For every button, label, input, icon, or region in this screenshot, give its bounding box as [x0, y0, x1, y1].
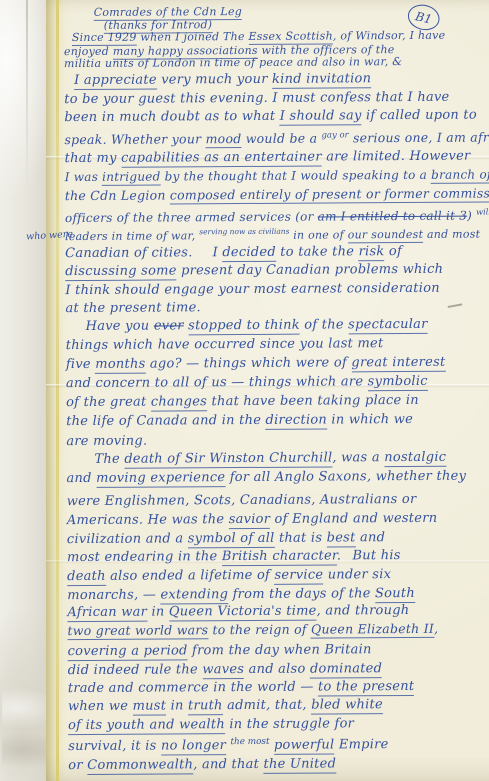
manuscript-line: at the present time. — [65, 301, 200, 315]
manuscript-line: civilization and a symbol of all that is… — [67, 531, 385, 546]
manuscript-line: Canadian of cities. I decided to take th… — [65, 245, 402, 260]
manuscript-line: five months ago? — things which were of … — [66, 356, 446, 371]
manuscript-line: I think should engage your most earnest … — [65, 282, 440, 297]
manuscript-line: The death of Sir Winston Churchill, was … — [94, 451, 446, 466]
manuscript-line: speak. Whether your mood would be a gay … — [64, 130, 489, 146]
manuscript-line: or Commonwealth, and that the United — [68, 757, 336, 772]
manuscript-line: covering a period from the day when Brit… — [68, 643, 372, 658]
manuscript-line: two great world wars to the reign of Que… — [67, 623, 438, 638]
manuscript-line: officers of the three armed services (or… — [65, 207, 489, 224]
manuscript-line: trade and commerce in the world — to the… — [68, 680, 415, 695]
manuscript-line: Since 1929 when I joined The Essex Scott… — [72, 30, 446, 43]
manuscript-line: Comrades of the Cdn Leg — [94, 6, 242, 18]
circled-annotation-label: B1 — [414, 9, 433, 26]
manuscript-line: death also ended a lifetime of service u… — [67, 568, 391, 583]
manuscript-line: that my capabilities as an entertainer a… — [65, 150, 471, 165]
manuscript-line: when we must in truth admit, that, bled … — [68, 698, 383, 713]
manuscript-text: Comrades of the Cdn Leg(thanks for Intro… — [0, 0, 489, 781]
manuscript-line: are moving. — [66, 435, 147, 448]
manuscript-lines: Comrades of the Cdn Leg(thanks for Intro… — [0, 0, 487, 2]
manuscript-line: I was intrigued by the thought that I wo… — [65, 168, 489, 183]
pencil-mark — [447, 303, 462, 308]
manuscript-line: the life of Canada and in the direction … — [66, 413, 413, 428]
manuscript-line: been in much doubt as to what I should s… — [64, 109, 477, 125]
manuscript-line: Americans. He was the savior of England … — [67, 512, 438, 527]
manuscript-line: I appreciate very much your kind invitat… — [74, 72, 371, 87]
manuscript-line: of its youth and wealth in the struggle … — [68, 717, 354, 732]
manuscript-line: the Cdn Legion composed entirely of pres… — [65, 187, 489, 202]
manuscript-line: monarchs, — extending from the days of t… — [67, 587, 415, 602]
manuscript-line: of the great changes that have been taki… — [66, 394, 419, 409]
manuscript-line: discussing some present day Canadian pro… — [65, 263, 443, 278]
manuscript-line: African war in Queen Victoria's time, an… — [67, 604, 409, 619]
manuscript-line: and concern to all of us — things which … — [66, 375, 428, 390]
manuscript-line: militia units of London in time of peace… — [64, 56, 402, 69]
manuscript-line: and moving experience for all Anglo Saxo… — [66, 470, 466, 485]
manuscript-line: (thanks for Introd) — [104, 19, 213, 31]
manuscript-line: were Englishmen, Scots, Canadians, Austr… — [67, 493, 417, 508]
manuscript-line: to be your guest this evening. I must co… — [64, 91, 449, 106]
manuscript-line: leaders in time of war, serving now as c… — [65, 227, 480, 243]
manuscript-line: most endearing in the British character.… — [67, 549, 401, 564]
manuscript-line: things which have occurred since you las… — [66, 337, 384, 352]
manuscript-line: did indeed rule the waves and also domin… — [68, 662, 383, 677]
manuscript-line: Have you ever stopped to think of the sp… — [86, 318, 428, 333]
manuscript-line: survival, it is no longer the most power… — [68, 737, 388, 753]
